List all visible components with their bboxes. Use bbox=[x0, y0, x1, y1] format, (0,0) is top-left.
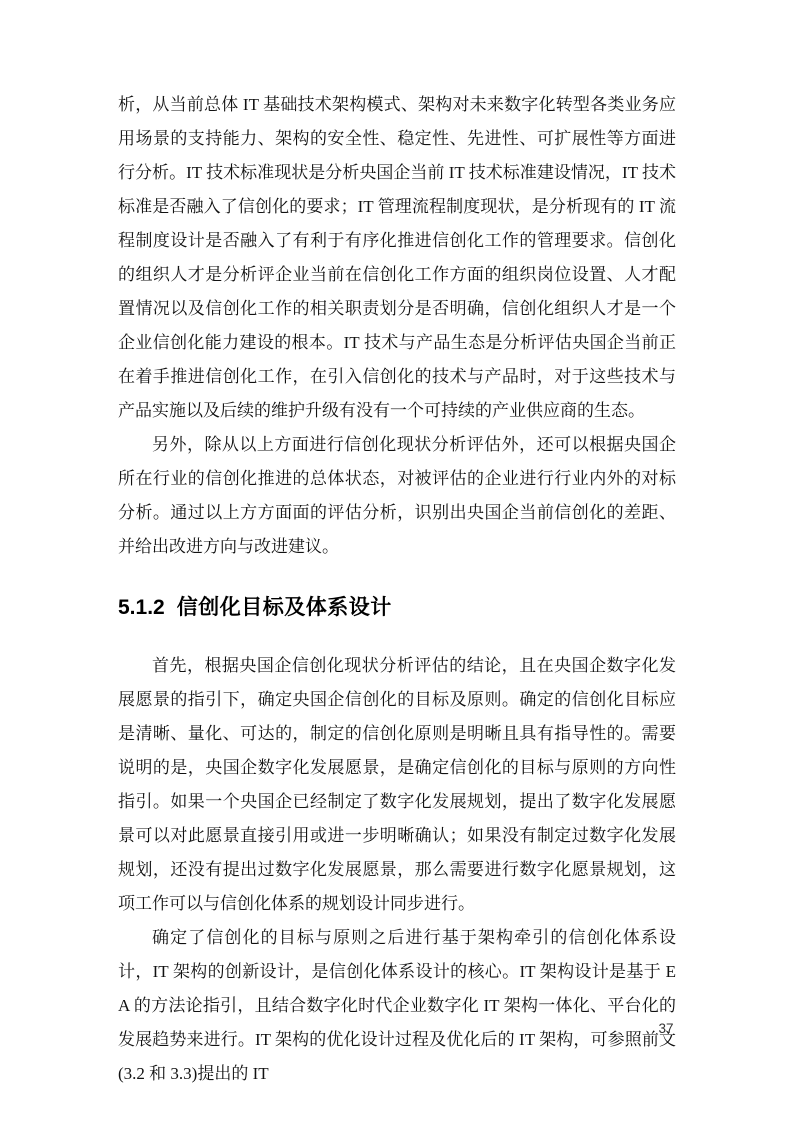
paragraph: 首先，根据央国企信创化现状分析评估的结论，且在央国企数字化发展愿景的指引下，确定… bbox=[118, 649, 676, 921]
section-number: 5.1.2 bbox=[118, 596, 165, 619]
document-page: 析，从当前总体 IT 基础技术架构模式、架构对未来数字化转型各类业务应用场景的支… bbox=[0, 0, 793, 1122]
paragraph-continuation: 析，从当前总体 IT 基础技术架构模式、架构对未来数字化转型各类业务应用场景的支… bbox=[118, 88, 676, 428]
paragraph: 另外，除从以上方面进行信创化现状分析评估外，还可以根据央国企所在行业的信创化推进… bbox=[118, 428, 676, 564]
section-title: 信创化目标及体系设计 bbox=[177, 596, 392, 619]
page-body-text: 析，从当前总体 IT 基础技术架构模式、架构对未来数字化转型各类业务应用场景的支… bbox=[118, 88, 676, 1091]
section-heading: 5.1.2信创化目标及体系设计 bbox=[118, 593, 676, 623]
paragraph: 确定了信创化的目标与原则之后进行基于架构牵引的信创化体系设计，IT 架构的创新设… bbox=[118, 921, 676, 1091]
page-number: 37 bbox=[648, 1019, 684, 1039]
